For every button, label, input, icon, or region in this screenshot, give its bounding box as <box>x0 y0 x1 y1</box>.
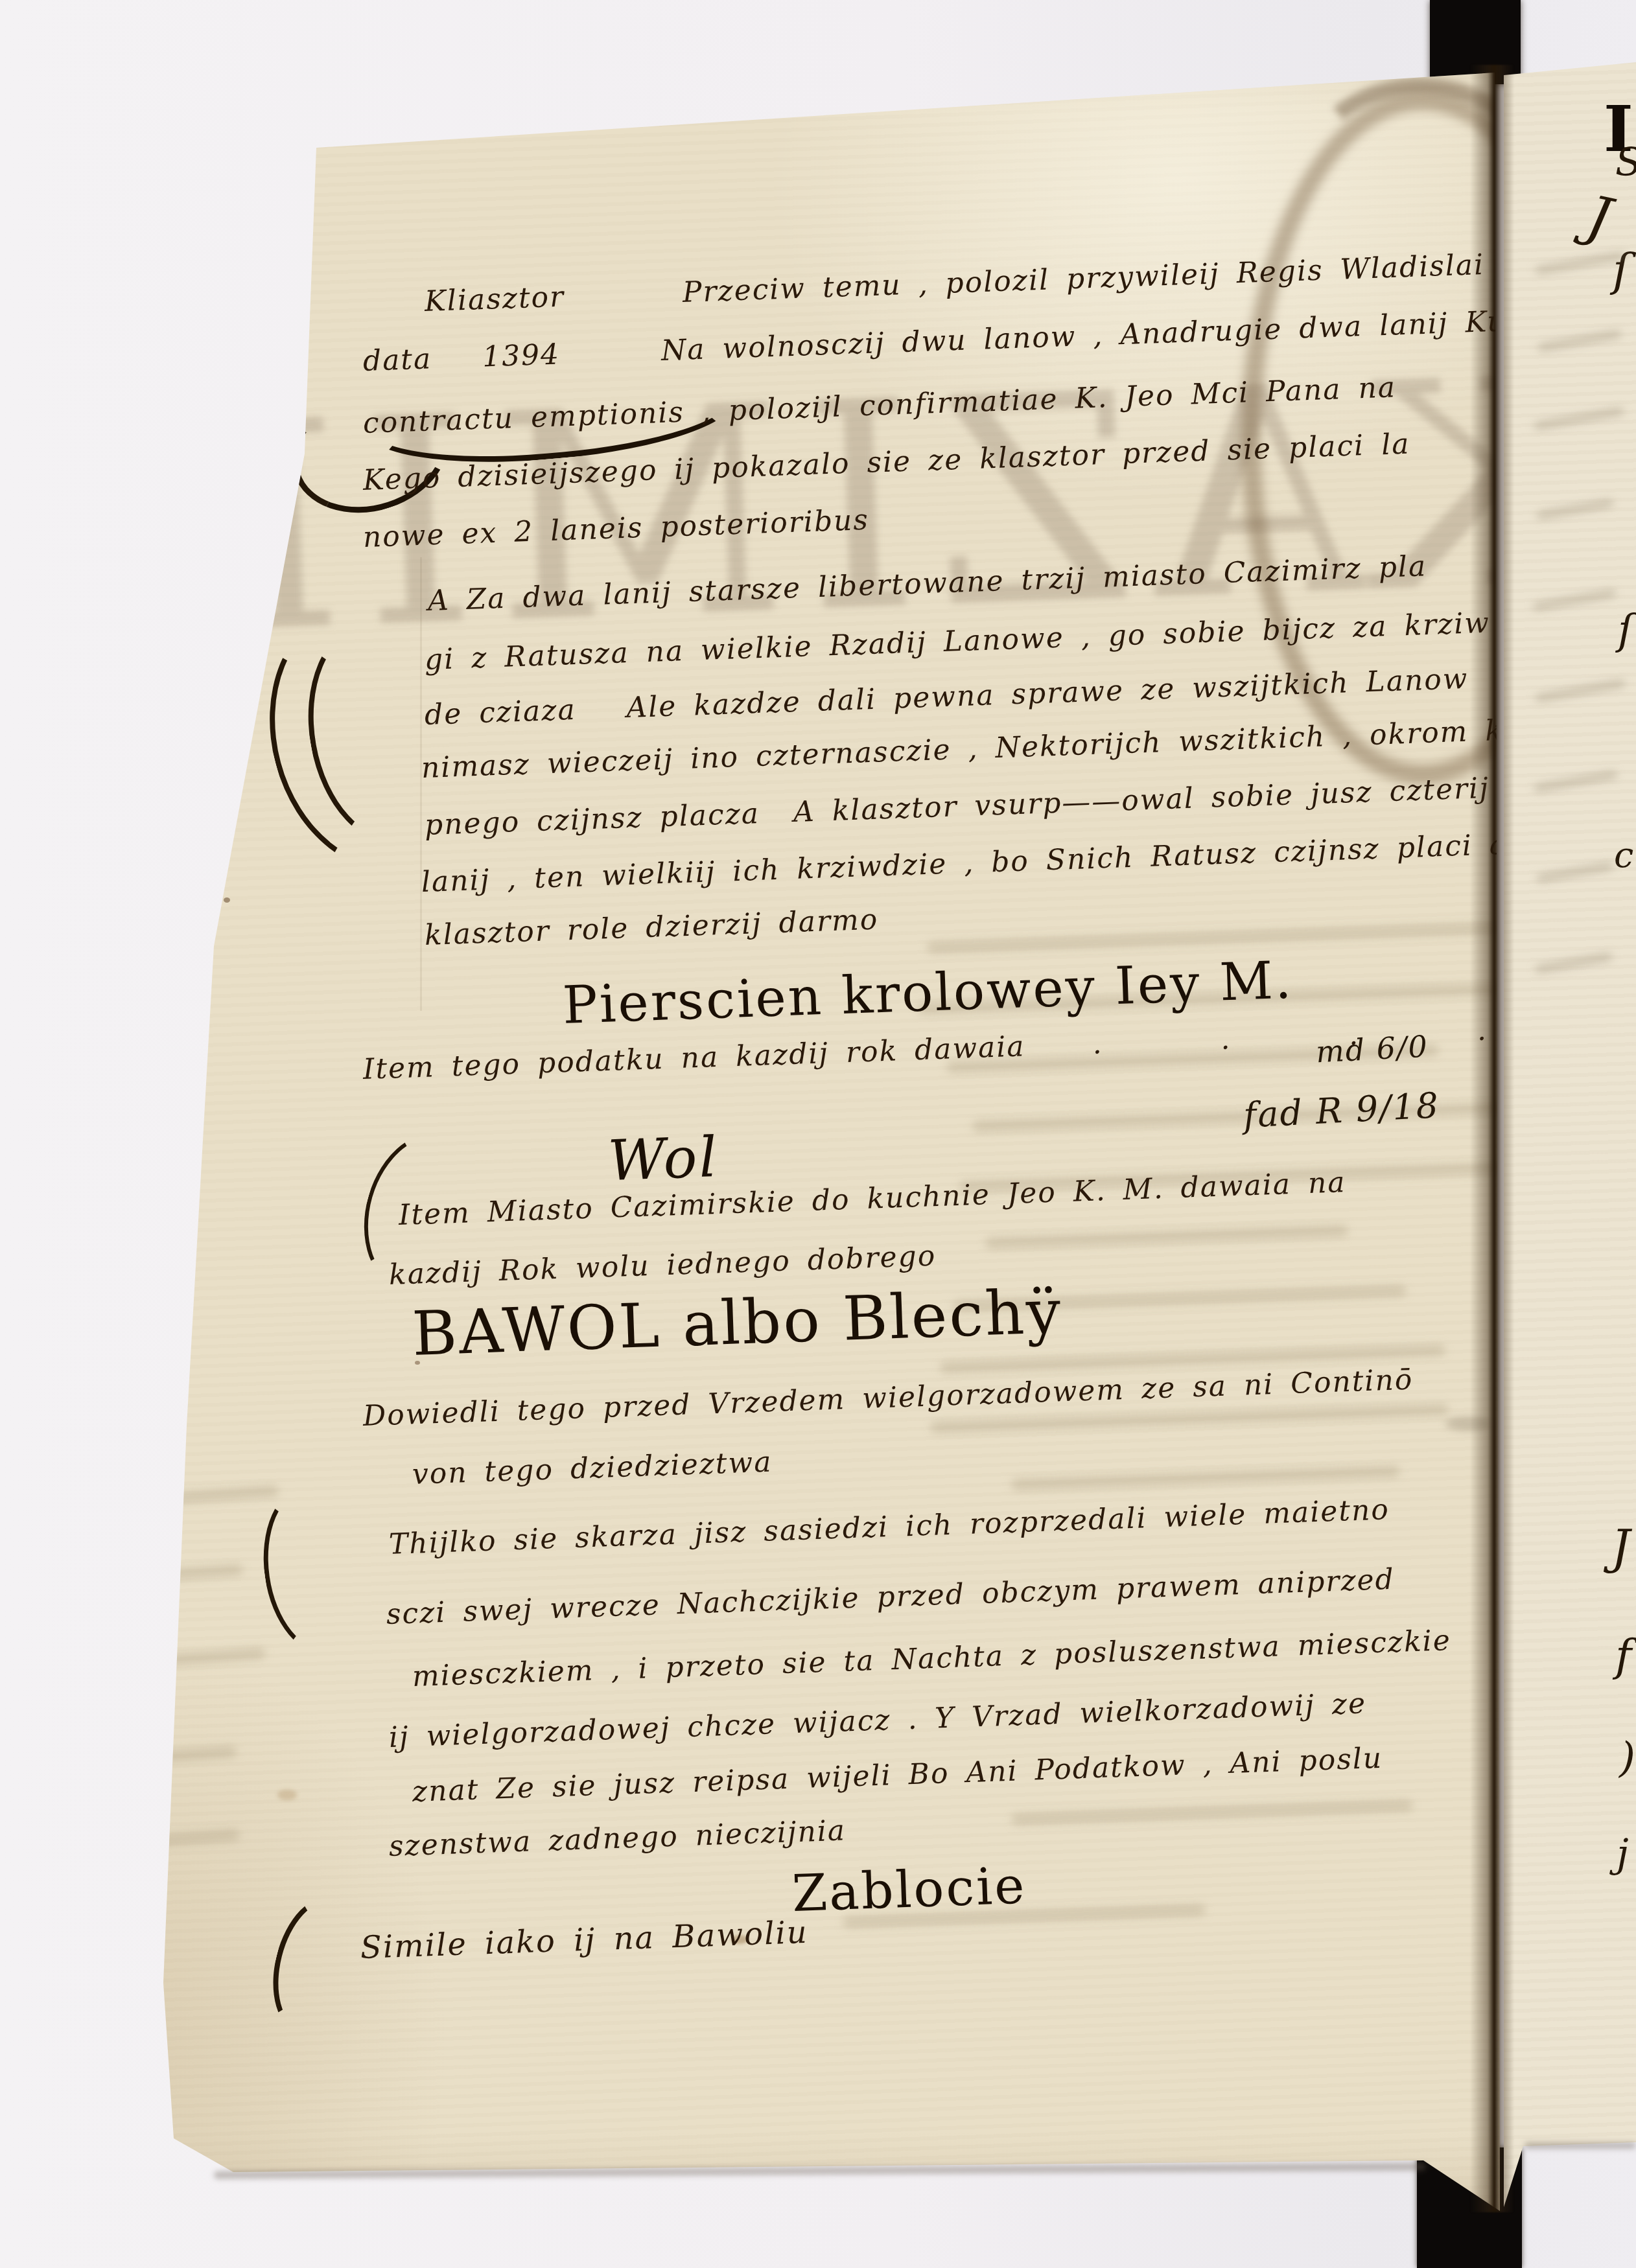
bleedthrough-line <box>113 1564 244 1584</box>
manuscript-scan: KAZIMIR 50 <box>0 0 1636 2268</box>
text-line: von tego dziedzieztwa <box>412 1446 773 1491</box>
text-line: Thijlko sie skarza jisz sasiedzi ich roz… <box>388 1493 1390 1561</box>
manuscript-left-page: KAZIMIR 50 <box>0 0 1636 2268</box>
bleedthrough-line <box>1536 862 1614 883</box>
right-page-fragment: J <box>1582 184 1617 252</box>
text-line: lanij , ten wielkiij ich krziwdzie , bo … <box>421 827 1508 898</box>
right-page-fragment: J <box>1611 1520 1630 1575</box>
right-page-fragment: f <box>1615 1630 1631 1682</box>
right-page-fragment: j <box>1617 1831 1629 1877</box>
bleedthrough-line <box>1537 330 1622 352</box>
text-line: miesczkiem , i przeto sie ta Nachta z po… <box>412 1624 1451 1693</box>
section-heading-bawol: BAWOL albo Blechÿ <box>411 1277 1064 1370</box>
ink-speck <box>224 897 230 903</box>
text-line: Dowiedli tego przed Vrzedem wielgorzadow… <box>362 1363 1414 1433</box>
bleedthrough-line <box>120 1746 237 1766</box>
simile-s-flourish <box>260 1888 373 2043</box>
text-line: pnego czijnsz placza A klasztor vsurp——o… <box>424 772 1490 842</box>
bleedthrough-line <box>1535 679 1626 702</box>
folio-number: 50 <box>137 167 176 205</box>
text-line: Item Miasto Cazimirskie do kuchnie Jeo K… <box>398 1166 1346 1232</box>
bleedthrough-line <box>1011 1799 1413 1825</box>
bleedthrough-line <box>97 1829 240 1850</box>
text-line: sczi swej wrecze Nachczijkie przed obczy… <box>386 1563 1396 1631</box>
text-line: Simile iako ij na Bawoliu <box>360 1914 809 1966</box>
paper-fiber <box>194 645 198 652</box>
bleedthrough-line <box>1534 407 1624 430</box>
bleedthrough-line <box>1532 589 1617 611</box>
section-heading-wol: Wol <box>607 1125 719 1194</box>
bleedthrough-line <box>985 1225 1348 1249</box>
bleedthrough-line <box>1535 251 1626 275</box>
book-gutter <box>1470 65 1514 2212</box>
paragraph-c-flourish <box>253 1477 382 1661</box>
bleedthrough-line <box>1011 1466 1400 1491</box>
bleedthrough-line <box>1536 499 1614 520</box>
bleedthrough-line <box>117 1647 266 1669</box>
right-page-fragment: ) <box>1619 1734 1635 1782</box>
bleedthrough-line <box>1534 770 1618 793</box>
bleedthrough-line <box>927 921 1510 953</box>
margin-amount-2: fad R 9/18 <box>1243 1085 1441 1136</box>
page-edge-shadow <box>1525 2142 1636 2149</box>
text-line: szenstwa zadnego nieczijnia <box>388 1814 847 1863</box>
bleedthrough-line <box>1535 953 1613 974</box>
section-heading-pierscien: Pierscien krolowey Iey M. <box>561 950 1294 1036</box>
right-page-fragment: S <box>1615 140 1636 185</box>
bleedthrough-line <box>123 1485 279 1508</box>
right-page-fragment: c <box>1614 835 1633 875</box>
section-heading-zablocie: Zablocie <box>791 1857 1027 1923</box>
stain <box>277 1790 297 1800</box>
text-line: ij wielgorzadowej chcze wijacz . Y Vrzad… <box>388 1687 1367 1754</box>
margin-amount-1: md 6/0 <box>1315 1028 1429 1069</box>
text-line: znat Ze sie jusz reipsa wijeli Bo Ani Po… <box>412 1742 1383 1809</box>
right-page-fragment: ſ <box>1618 607 1633 654</box>
text-line: klasztor role dzierzij darmo <box>424 903 879 952</box>
